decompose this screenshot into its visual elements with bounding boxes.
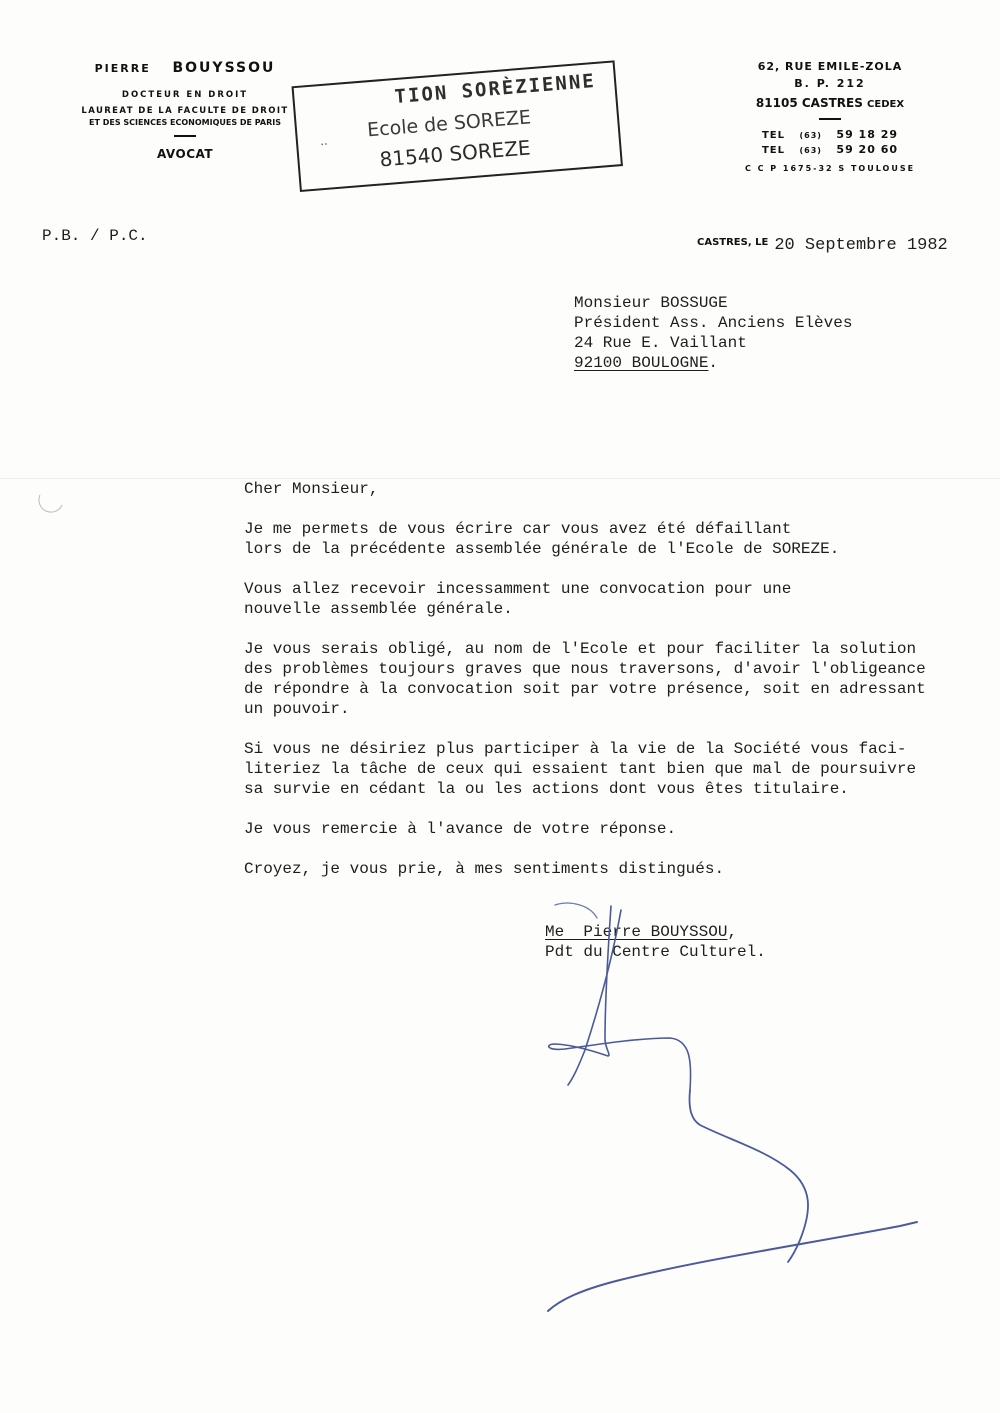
- stamp-dots: ..: [319, 134, 328, 149]
- letter-body: Cher Monsieur, Je me permets de vous écr…: [244, 479, 984, 899]
- body-paragraph: Vous allez recevoir incessamment une con…: [244, 579, 984, 619]
- letterhead-sender: Pierre BOUYSSOU DOCTEUR EN DROIT LAUREAT…: [60, 60, 310, 161]
- reference-initials: P.B. / P.C.: [42, 227, 148, 245]
- phone-number: 59 18 29: [836, 128, 898, 141]
- signatory-title: Pdt du Centre Culturel.: [545, 942, 766, 962]
- phone-label: Tel: [762, 130, 785, 141]
- ink-stamp: .. TION SORÈZIENNE Ecole de SOREZE 81540…: [291, 60, 622, 192]
- sender-laureat-line1: LAUREAT DE LA FACULTE DE DROIT: [60, 106, 310, 116]
- body-paragraph: Je vous remercie à l'avance de votre rép…: [244, 819, 984, 839]
- closing: Croyez, je vous prie, à mes sentiments d…: [244, 859, 984, 879]
- letter-date: CASTRES, LE 20 Septembre 1982: [697, 236, 948, 255]
- sender-laureat-line2: ET DES SCIENCES ECONOMIQUES DE PARIS: [60, 118, 310, 127]
- signature-block: Me Pierre BOUYSSOU, Pdt du Centre Cultur…: [545, 922, 766, 962]
- stamp-line3: 81540 SOREZE: [379, 135, 532, 171]
- recipient-city-suffix: .: [708, 354, 718, 372]
- recipient-city: 92100 BOULOGNE: [574, 354, 708, 372]
- sender-city-name: 81105 CASTRES: [756, 96, 863, 110]
- recipient-street: 24 Rue E. Vaillant: [574, 333, 852, 353]
- sender-role: AVOCAT: [60, 147, 310, 161]
- sender-phone-1: Tel (63) 59 18 29: [725, 128, 935, 141]
- stamp-line1: TION SORÈZIENNE: [394, 70, 597, 108]
- signatory-name-suffix: ,: [727, 923, 737, 941]
- body-paragraph: Si vous ne désiriez plus participer à la…: [244, 739, 984, 799]
- sender-first-name: Pierre: [95, 62, 151, 75]
- date-value: 20 Septembre 1982: [774, 236, 947, 255]
- letterhead-address: 62, RUE EMILE-ZOLA B. P. 212 81105 CASTR…: [725, 60, 935, 173]
- body-paragraph: Je me permets de vous écrire car vous av…: [244, 519, 984, 559]
- paper-punch-mark: [39, 495, 62, 512]
- sender-phone-2: Tel (63) 59 20 60: [725, 143, 935, 156]
- divider: [819, 118, 841, 120]
- signatory-name-line: Me Pierre BOUYSSOU,: [545, 922, 766, 942]
- phone-area-code: (63): [799, 131, 821, 140]
- recipient-city-line: 92100 BOULOGNE.: [574, 353, 852, 373]
- recipient-name: Monsieur BOSSUGE: [574, 293, 852, 313]
- sender-city: 81105 CASTRES Cedex: [725, 96, 935, 110]
- recipient-title: Président Ass. Anciens Elèves: [574, 313, 852, 333]
- signatory-name: Me Pierre BOUYSSOU: [545, 923, 727, 941]
- stamp-line2: Ecole de SOREZE: [366, 106, 531, 141]
- sender-po-box: B. P. 212: [725, 77, 935, 90]
- sender-last-name: BOUYSSOU: [172, 60, 275, 76]
- phone-number: 59 20 60: [836, 143, 898, 156]
- phone-label: Tel: [762, 145, 785, 156]
- sender-street: 62, RUE EMILE-ZOLA: [725, 60, 935, 73]
- sender-degree: DOCTEUR EN DROIT: [60, 90, 310, 100]
- salutation: Cher Monsieur,: [244, 479, 984, 499]
- phone-area-code: (63): [799, 146, 821, 155]
- sender-cedex: Cedex: [867, 99, 904, 110]
- divider: [174, 135, 196, 137]
- sender-name: Pierre BOUYSSOU: [60, 60, 310, 76]
- sender-ccp: C C P 1675-32 S TOULOUSE: [725, 164, 935, 173]
- date-label: CASTRES, LE: [697, 237, 768, 248]
- body-paragraph: Je vous serais obligé, au nom de l'Ecole…: [244, 639, 984, 719]
- recipient-address: Monsieur BOSSUGE Président Ass. Anciens …: [574, 293, 852, 373]
